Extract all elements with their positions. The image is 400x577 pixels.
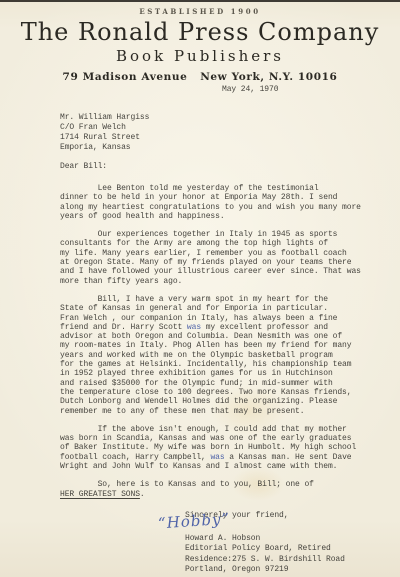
body-line: in 1952 played three exhibition games fo… <box>60 369 361 378</box>
body-line: consultants for the Army are among the t… <box>60 239 361 248</box>
paragraph: So, here is to Kansas and to you, Bill; … <box>60 480 361 499</box>
recipient-line: Mr. William Hargiss <box>60 113 149 123</box>
body-line: Fran Welch , our companion in Italy, has… <box>60 314 361 323</box>
body-line: HER GREATEST SONS. <box>60 490 361 499</box>
sender-name: Howard A. Hobson <box>185 534 345 545</box>
body-line: more than fifty years ago. <box>60 277 361 286</box>
body-line: and raised $35000 for the Olympic fund; … <box>60 379 361 388</box>
body-line: my life. Many years earlier, I remember … <box>60 249 361 258</box>
recipient-line: Emporia, Kansas <box>60 143 149 153</box>
body-line: years and worked with me on the Olympic … <box>60 351 361 360</box>
body-line: remember me to any of these men that may… <box>60 407 361 416</box>
established-line: ESTABLISHED 1900 <box>0 7 400 16</box>
paragraph: If the above isn't enough, I could add t… <box>60 425 361 471</box>
body-line: advisor at both Oregon and Columbia. Dea… <box>60 332 361 341</box>
recipient-line: 1714 Rural Street <box>60 133 149 143</box>
text-segment: . <box>140 490 145 499</box>
text-segment: friend and Dr. Harry Scott <box>60 323 187 332</box>
body-line: years of good health and happiness. <box>60 212 361 221</box>
body-line: was born in Scandia, Kansas and was one … <box>60 434 361 443</box>
body-line: Wright and John Wulf to Kansas and I alm… <box>60 462 361 471</box>
body-line: If the above isn't enough, I could add t… <box>60 425 361 434</box>
text-segment: football coach, Harry Campbell, <box>60 453 210 462</box>
body-line: at Oregon State. Many of my friends play… <box>60 258 361 267</box>
sender-title: Editorial Policy Board, Retired <box>185 544 345 555</box>
recipient-line: C/O Fran Welch <box>60 123 149 133</box>
corrected-word: was <box>187 323 201 332</box>
paragraph: Our experiences together in Italy in 194… <box>60 230 361 286</box>
date-line: May 24, 1970 <box>222 85 278 94</box>
body-line: football coach, Harry Campbell, was a Ka… <box>60 453 361 462</box>
address-line: 79 Madison Avenue New York, N.Y. 10016 <box>0 71 400 83</box>
text-segment: my excellent professor and <box>201 323 328 332</box>
company-name: The Ronald Press Company <box>0 18 400 46</box>
paragraph: Lee Benton told me yesterday of the test… <box>60 184 361 221</box>
sender-residence: Residence:275 S. W. Birdshill Road <box>185 555 345 566</box>
text-segment: a Kansas man. He sent Dave <box>225 453 352 462</box>
body-line: Dutch Lonborg and Wendell Holmes did the… <box>60 397 361 406</box>
body-line: the temperature close to 100 degrees. Tw… <box>60 388 361 397</box>
body-line: and I have followed your illustrious car… <box>60 267 361 276</box>
corrected-word: HER GREATEST SONS <box>60 490 140 499</box>
letterhead: ESTABLISHED 1900 The Ronald Press Compan… <box>0 7 400 83</box>
body-line: dinner to be held in your honor at Empor… <box>60 193 361 202</box>
scan-edge <box>0 0 400 2</box>
division-name: Book Publishers <box>0 47 400 65</box>
body-line: friend and Dr. Harry Scott was my excell… <box>60 323 361 332</box>
body-line: along my heartiest congratulations to yo… <box>60 203 361 212</box>
sender-city: Portland, Oregon 97219 <box>185 565 345 576</box>
body-line: Our experiences together in Italy in 194… <box>60 230 361 239</box>
corrected-word: was <box>210 453 224 462</box>
body-line: of Baker Institute. My wife was born in … <box>60 443 361 452</box>
letter-page: ESTABLISHED 1900 The Ronald Press Compan… <box>0 0 400 577</box>
body-line: Lee Benton told me yesterday of the test… <box>60 184 361 193</box>
body-line: State of Kansas in general and for Empor… <box>60 304 361 313</box>
salutation: Dear Bill: <box>60 162 107 171</box>
body-line: my room-mates in Italy. Phog Allen has b… <box>60 341 361 350</box>
body-line: So, here is to Kansas and to you, Bill; … <box>60 480 361 489</box>
recipient-block: Mr. William HargissC/O Fran Welch1714 Ru… <box>60 113 149 153</box>
body-line: for the games at Helsinki. Incidentally,… <box>60 360 361 369</box>
letter-body: Lee Benton told me yesterday of the test… <box>60 184 361 508</box>
body-line: Bill, I have a very warm spot in my hear… <box>60 295 361 304</box>
paragraph: Bill, I have a very warm spot in my hear… <box>60 295 361 416</box>
